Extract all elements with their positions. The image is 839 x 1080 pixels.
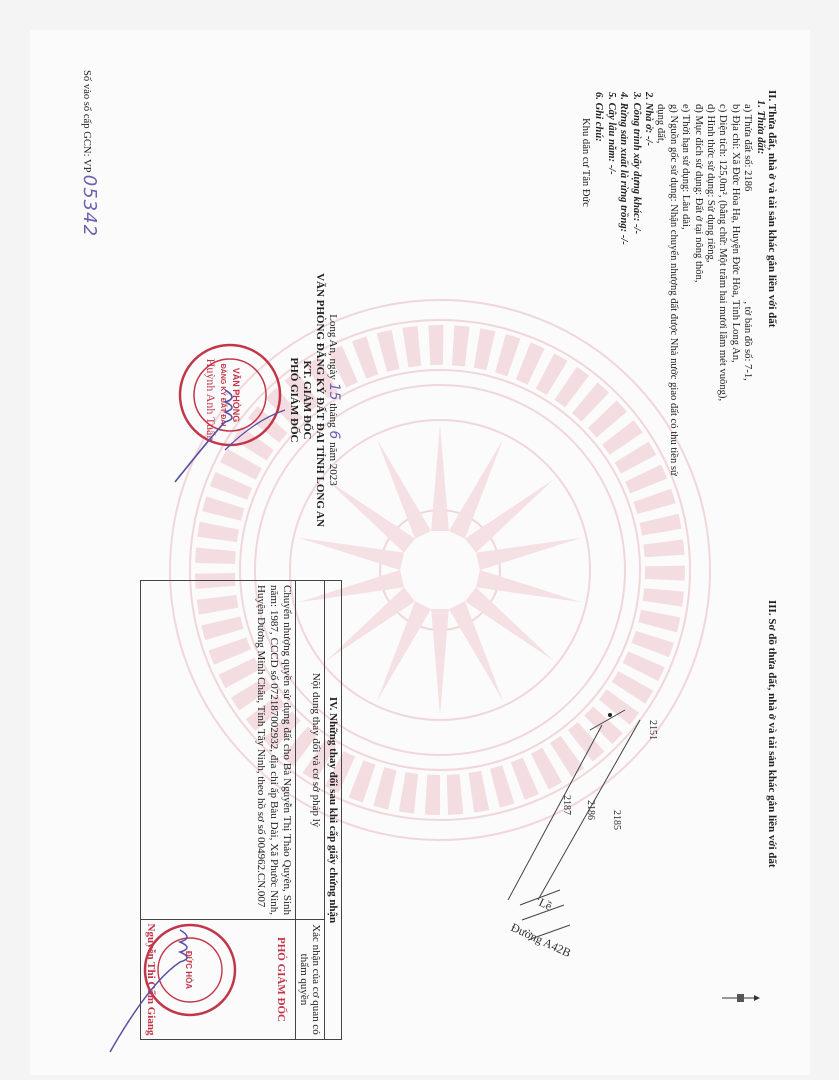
section2-title: II. Thửa đất, nhà ở và tài sản khác gắn … bbox=[766, 90, 778, 560]
item-notes-value: Khu dân cư Tân Đức bbox=[579, 90, 591, 560]
section-land-info: II. Thửa đất, nhà ở và tài sản khác gắn … bbox=[579, 90, 779, 560]
item-other-works: 3. Công trình xây dựng khác: -/- bbox=[629, 90, 641, 560]
section3-title: III. Sơ đồ thửa đất, nhà ở và tài sản kh… bbox=[766, 600, 778, 868]
kt-title: KT. GIÁM ĐỐC bbox=[300, 240, 313, 560]
certificate-page: II. Thửa đất, nhà ở và tài sản khác gắn … bbox=[40, 40, 800, 1070]
svg-text:Đường A42B: Đường A42B bbox=[509, 920, 573, 960]
item-address: b) Địa chỉ: Xã Đức Hòa Hạ, Huyện Đức Hòa… bbox=[728, 90, 740, 560]
signing-date: Long An, ngày 15 tháng 6 năm 2023 bbox=[326, 240, 340, 560]
item-perennial: 5. Cây lâu năm: -/- bbox=[604, 90, 616, 560]
item-parcel-number: a) Thửa đất số: 2186, tờ bản đồ số: 7-1, bbox=[741, 90, 753, 560]
section4-title: IV. Những thay đổi sau khi cấp giấy chứn… bbox=[325, 581, 342, 1040]
svg-text:2151: 2151 bbox=[647, 720, 658, 740]
item-usage-purpose: đ) Mục đích sử dụng: Đất ở tại nông thôn… bbox=[691, 90, 703, 560]
item-origin-cont: dụng đất, bbox=[654, 90, 666, 560]
change-entry: Chuyển nhượng quyền sử dụng đất cho Bà N… bbox=[141, 581, 296, 920]
north-arrow-icon bbox=[720, 988, 760, 1008]
svg-text:2187: 2187 bbox=[561, 795, 572, 815]
subsection-parcel: 1. Thửa đất: bbox=[753, 90, 765, 560]
authority-role: PHÓ GIÁM ĐỐC bbox=[275, 924, 287, 1035]
registry-number-handwritten: 05342 bbox=[79, 175, 100, 237]
office-name: VĂN PHÒNG ĐĂNG KÝ ĐẤT ĐAI TỈNH LONG AN bbox=[313, 240, 326, 560]
registry-number: Số vào sổ cấp GCN: VP 05342 bbox=[79, 70, 100, 237]
svg-text:2185: 2185 bbox=[611, 810, 622, 830]
signature-scribble bbox=[155, 370, 295, 530]
item-usage-term: e) Thời hạn sử dụng: Lâu dài, bbox=[679, 90, 691, 560]
col-header-content: Nội dung thay đổi và cơ sở pháp lý bbox=[296, 581, 325, 920]
day-handwritten: 15 bbox=[326, 383, 342, 401]
north-arrow bbox=[715, 988, 760, 1008]
month-handwritten: 6 bbox=[326, 430, 342, 439]
item-forest: 4. Rừng sản xuất là rừng trồng: -/- bbox=[617, 90, 629, 560]
item-notes-label: 6. Ghi chú: bbox=[592, 90, 604, 560]
item-area: c) Diện tích: 125,0m², (bằng chữ: Một tr… bbox=[716, 90, 728, 560]
authority-signature-scribble bbox=[90, 920, 210, 1060]
item-house: 2. Nhà ở: -/- bbox=[642, 90, 654, 560]
svg-text:2186: 2186 bbox=[585, 800, 596, 820]
item-origin: g) Nguồn gốc sử dụng: Nhận chuyển nhượng… bbox=[666, 90, 678, 560]
item-usage-form: d) Hình thức sử dụng: Sử dụng riêng, bbox=[704, 90, 716, 560]
col-header-authority: Xác nhận của cơ quan có thẩm quyền bbox=[296, 920, 325, 1040]
